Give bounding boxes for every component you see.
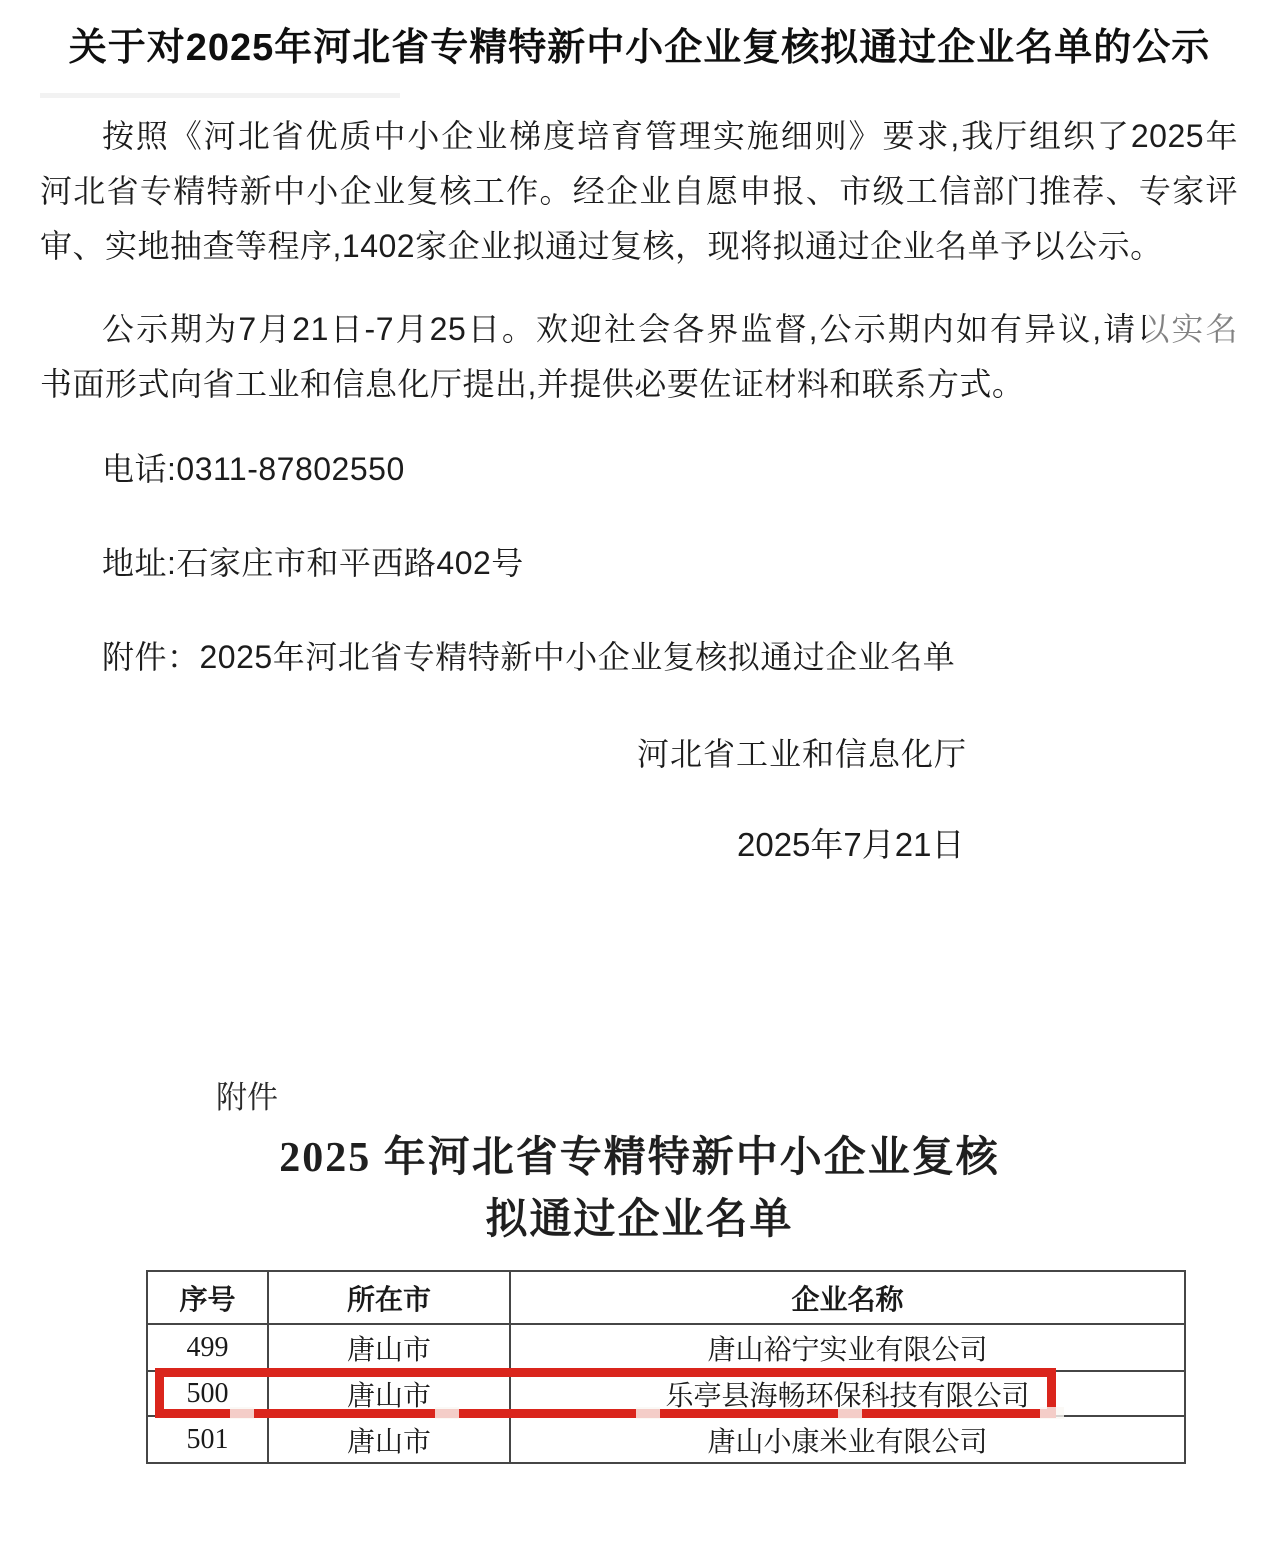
paragraph-line: 书面形式向省工业和信息化厅提出,并提供必要佐证材料和联系方式。 xyxy=(40,357,1238,412)
cell-city: 唐山市 xyxy=(268,1324,510,1371)
paragraph-line: 河北省专精特新中小企业复核工作。经企业自愿申报、市级工信部门推荐、专家评 xyxy=(40,164,1238,219)
table-row: 499 唐山市 唐山裕宁实业有限公司 xyxy=(147,1324,1185,1371)
page-title: 关于对2025年河北省专精特新中小企业复核拟通过企业名单的公示 xyxy=(20,18,1259,78)
header-cell-company: 企业名称 xyxy=(510,1271,1185,1324)
phone-line: 电话:0311-87802550 xyxy=(102,442,405,497)
attachment-label: 附件 xyxy=(216,1078,278,1118)
header-cell-city: 所在市 xyxy=(268,1271,510,1324)
cell-company: 唐山小康米业有限公司 xyxy=(510,1416,1185,1463)
issuer-signature: 河北省工业和信息化厅 xyxy=(637,727,967,782)
cell-no: 501 xyxy=(147,1416,268,1463)
announcement-document: 关于对2025年河北省专精特新中小企业复核拟通过企业名单的公示 按照《河北省优质… xyxy=(0,0,1279,1546)
attachment-title-line1: 2025 年河北省专精特新中小企业复核 xyxy=(40,1124,1239,1184)
cell-no: 499 xyxy=(147,1324,268,1371)
paragraph-line: 公示期为7月21日-7月25日。欢迎社会各界监督,公示期内如有异议,请以实名 xyxy=(40,302,1238,357)
notice-paragraph-2: 公示期为7月21日-7月25日。欢迎社会各界监督,公示期内如有异议,请以实名 书… xyxy=(40,302,1238,412)
paragraph-line: 按照《河北省优质中小企业梯度培育管理实施细则》要求,我厅组织了2025年 xyxy=(40,109,1238,164)
cell-company: 唐山裕宁实业有限公司 xyxy=(510,1324,1185,1371)
paragraph-line: 审、实地抽查等程序,1402家企业拟通过复核，现将拟通过企业名单予以公示。 xyxy=(40,219,1238,274)
attachment-reference-line: 附件：2025年河北省专精特新中小企业复核拟通过企业名单 xyxy=(102,630,955,685)
cell-city: 唐山市 xyxy=(268,1416,510,1463)
table-header-row: 序号 所在市 企业名称 xyxy=(147,1271,1185,1324)
company-table: 序号 所在市 企业名称 499 唐山市 唐山裕宁实业有限公司 500 唐山市 乐… xyxy=(146,1270,1186,1464)
issue-date: 2025年7月21日 xyxy=(737,817,964,872)
table-row: 501 唐山市 唐山小康米业有限公司 xyxy=(147,1416,1185,1463)
highlight-box xyxy=(155,1368,1056,1418)
scan-artifact xyxy=(40,93,400,98)
attachment-title-line2: 拟通过企业名单 xyxy=(40,1186,1239,1246)
header-cell-no: 序号 xyxy=(147,1271,268,1324)
address-line: 地址:石家庄市和平西路402号 xyxy=(102,536,524,591)
notice-paragraph-1: 按照《河北省优质中小企业梯度培育管理实施细则》要求,我厅组织了2025年 河北省… xyxy=(40,109,1238,274)
